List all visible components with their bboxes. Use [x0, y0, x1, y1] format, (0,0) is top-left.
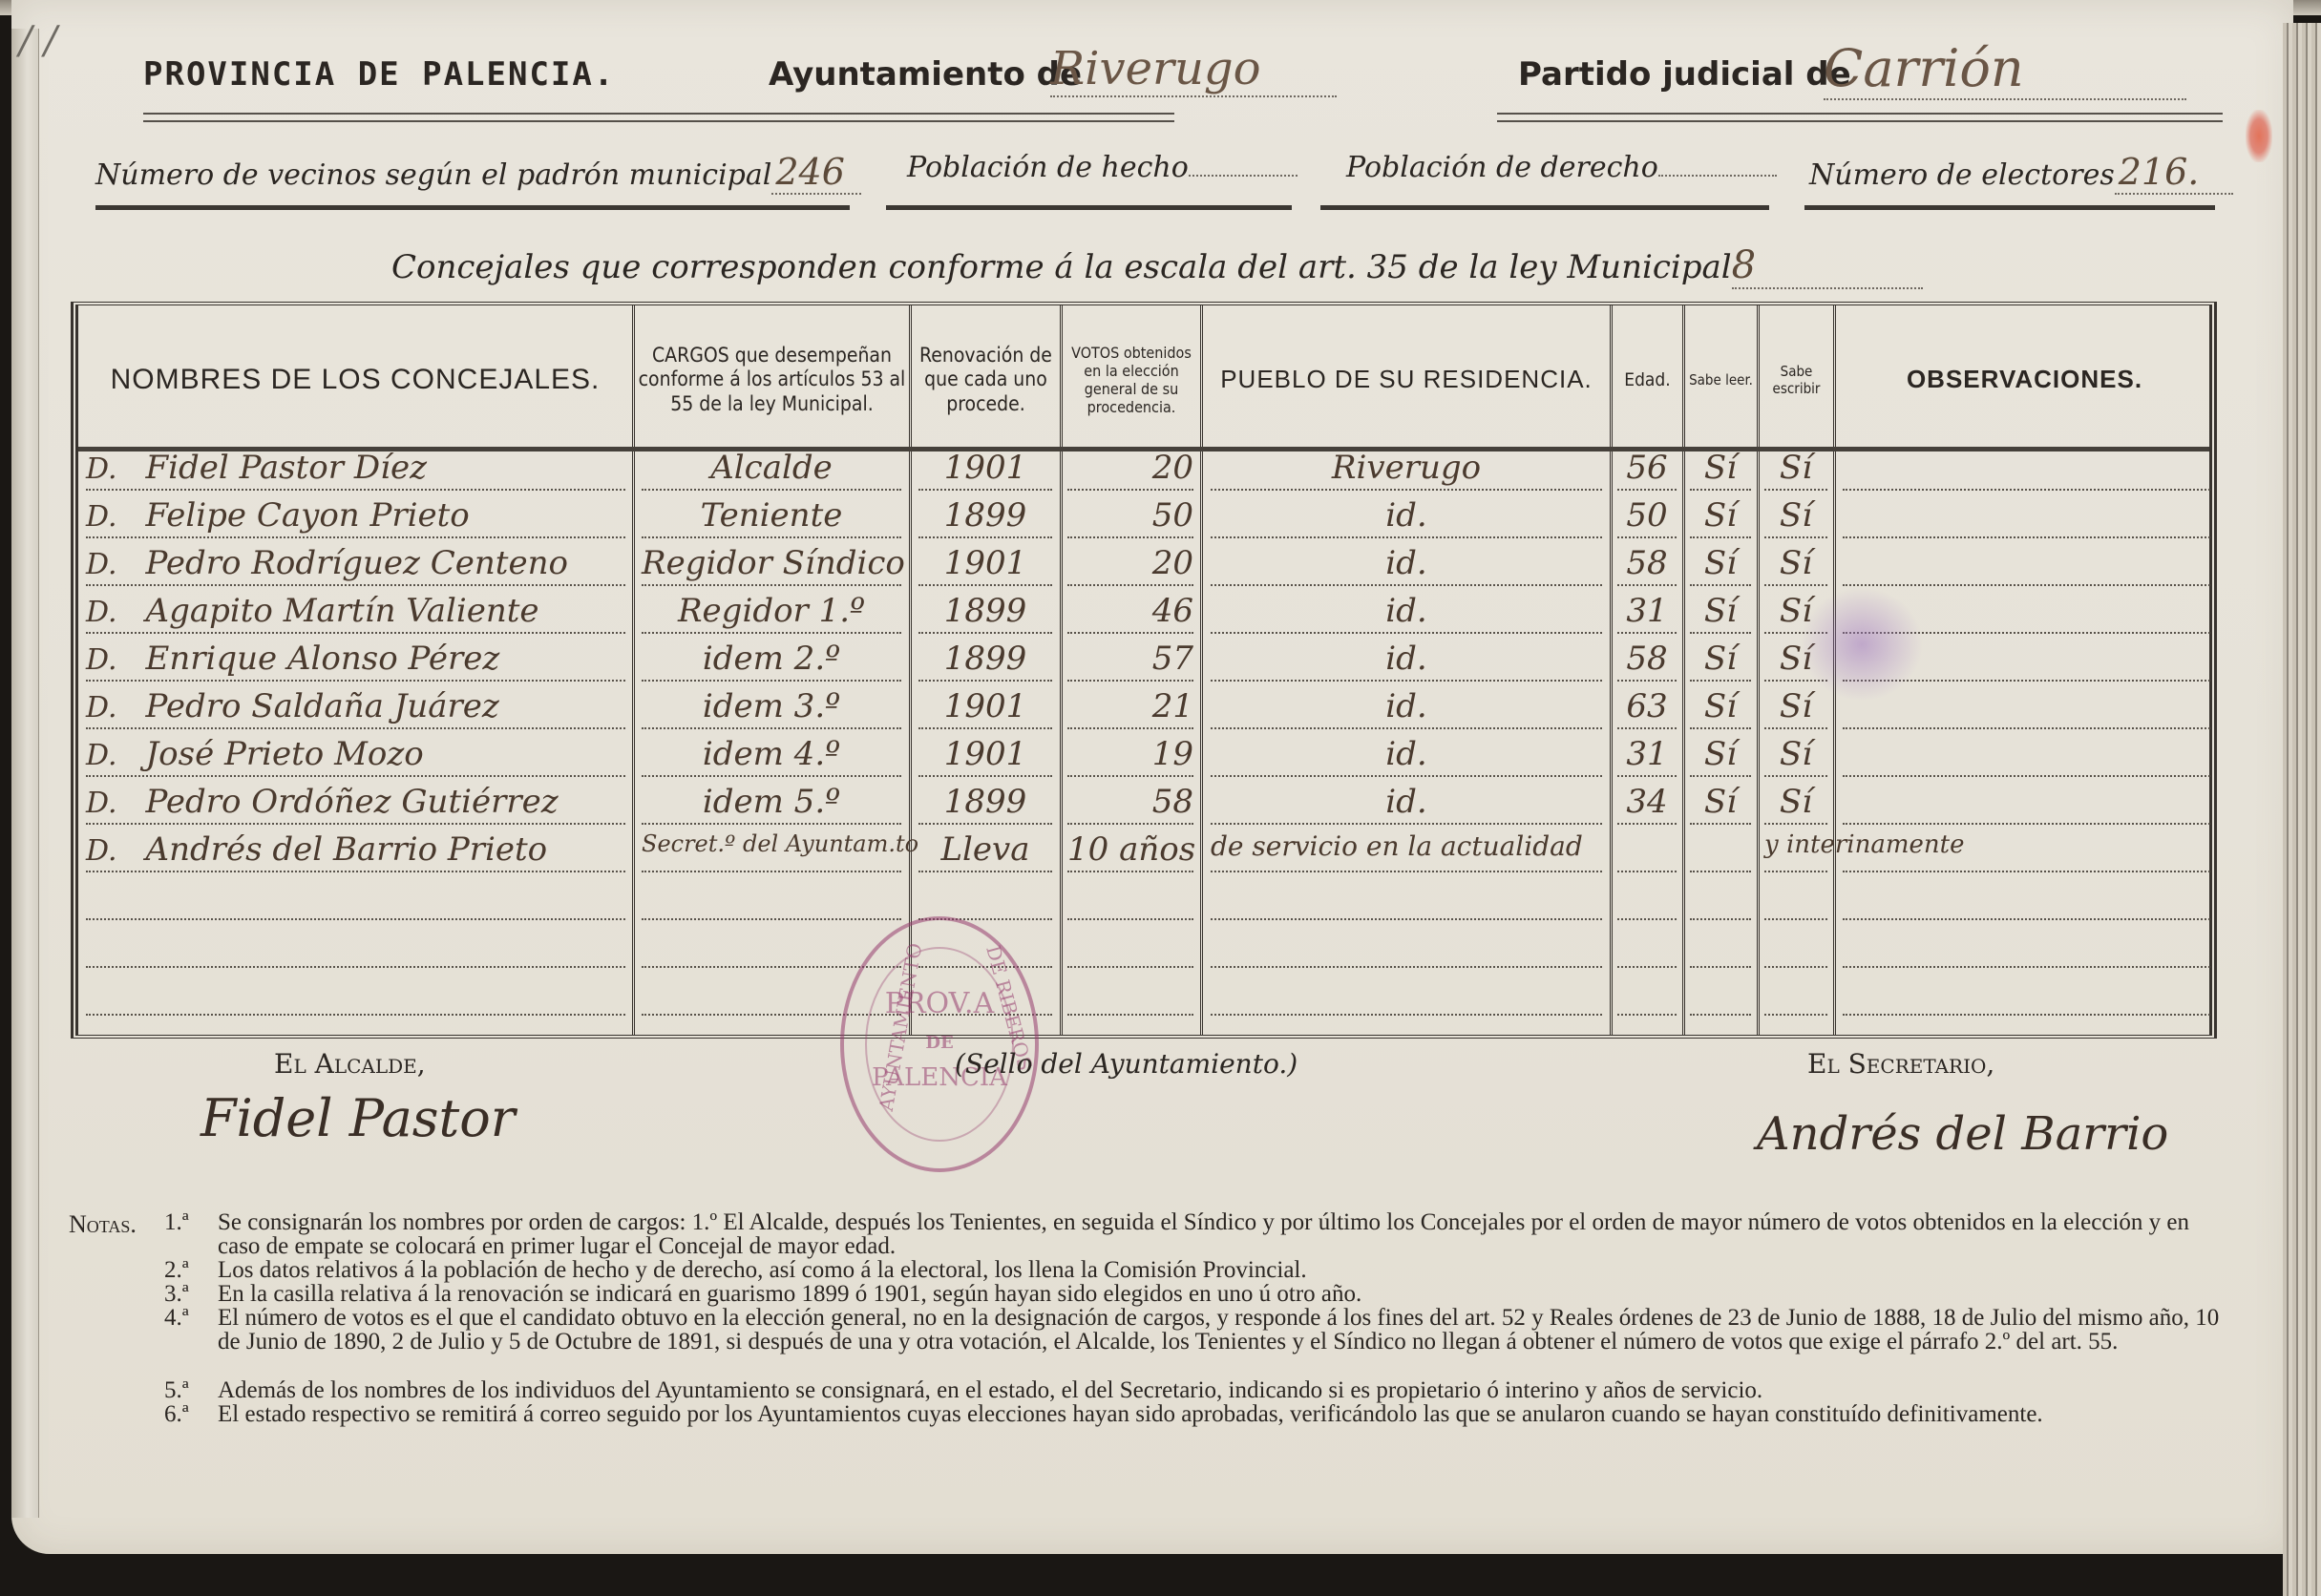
cell-votos: [1067, 974, 1193, 1016]
municipal-seal-stamp: AYUNTAMIENTO DE RIBEROS PROV.A DE PALENC…: [840, 916, 1039, 1172]
cell-cargo: idem 3.º: [642, 687, 901, 729]
alcalde-signature: Fidel Pastor: [200, 1088, 516, 1148]
cell-votos: [1067, 878, 1193, 920]
cell-observaciones: [1843, 974, 2210, 1016]
cell-escribir: Sí: [1764, 687, 1827, 729]
cell-escribir: [1764, 974, 1827, 1016]
cell-edad: [1617, 878, 1677, 920]
note-text: Se consignarán los nombres por orden de …: [218, 1210, 2223, 1258]
cell-cargo: Regidor 1.º: [642, 592, 901, 634]
book-binding-right: [2283, 23, 2321, 1596]
cell-leer: [1690, 878, 1751, 920]
electores-value: 216.: [2115, 151, 2233, 195]
cell-escribir: Sí: [1764, 783, 1827, 825]
cell-cargo: Teniente: [642, 496, 901, 538]
cell-leer: Sí: [1690, 735, 1751, 777]
vecinos-field: Número de vecinos según el padrón munici…: [95, 151, 861, 195]
cell-leer: Sí: [1690, 592, 1751, 634]
cell-cargo: Secret.º del Ayuntam.to: [642, 830, 901, 872]
cell-votos: 20: [1067, 449, 1193, 491]
header-renovacion: Renovación de que cada uno procede.: [912, 313, 1060, 447]
cell-observaciones: [1843, 830, 2210, 872]
cell-pueblo: [1211, 926, 1602, 968]
vecinos-value: 246: [771, 151, 861, 195]
notes-label: Notas.: [69, 1212, 137, 1236]
cell-leer: Sí: [1690, 640, 1751, 682]
table-row: [78, 974, 2209, 1021]
note-number: 2.ª: [164, 1258, 202, 1282]
note-text: En la casilla relativa á la renovación s…: [218, 1282, 2223, 1306]
cell-leer: Sí: [1690, 449, 1751, 491]
cell-renovacion: 1899: [918, 592, 1052, 634]
alcalde-label: El Alcalde,: [274, 1048, 426, 1080]
cell-leer: [1690, 830, 1751, 872]
cell-edad: 58: [1617, 544, 1677, 586]
cell-observaciones: [1843, 783, 2210, 825]
cell-edad: [1617, 830, 1677, 872]
cell-votos: 21: [1067, 687, 1193, 729]
cell-renovacion: 1901: [918, 544, 1052, 586]
table-row: [78, 926, 2209, 974]
info-rule: [1804, 205, 2215, 210]
cell-cargo: [642, 878, 901, 920]
cell-nombre: D.Agapito Martín Valiente: [86, 592, 625, 634]
note-number: 1.ª: [164, 1210, 202, 1234]
title-row: PROVINCIA DE PALENCIA. Ayuntamiento de R…: [143, 55, 2215, 113]
cell-votos: 46: [1067, 592, 1193, 634]
cell-observaciones: [1843, 496, 2210, 538]
note-number: 3.ª: [164, 1282, 202, 1306]
ayuntamiento-label: Ayuntamiento de: [769, 55, 1082, 94]
cell-pueblo: id.: [1211, 592, 1602, 634]
header-sabe-leer: Sabe leer.: [1685, 313, 1757, 447]
cell-nombre: [86, 878, 625, 920]
cell-edad: 56: [1617, 449, 1677, 491]
cell-leer: Sí: [1690, 544, 1751, 586]
cell-escribir: [1764, 878, 1827, 920]
cell-nombre: D.Pedro Saldaña Juárez: [86, 687, 625, 729]
cell-observaciones: [1843, 687, 2210, 729]
note-number: 4.ª: [164, 1306, 202, 1330]
cell-escribir: Sí: [1764, 544, 1827, 586]
cell-pueblo: id.: [1211, 783, 1602, 825]
note-text: Además de los nombres de los individuos …: [218, 1378, 2223, 1402]
table-row: D.Pedro Rodríguez Centeno Regidor Síndic…: [78, 544, 2209, 592]
title-rule: [143, 113, 783, 122]
cell-pueblo: id.: [1211, 544, 1602, 586]
cell-leer: Sí: [1690, 496, 1751, 538]
title-rule: [1497, 113, 2223, 122]
header-nombres: NOMBRES DE LOS CONCEJALES.: [78, 313, 632, 447]
header-sabe-escribir: Sabe escribir: [1760, 313, 1833, 447]
cell-pueblo: [1211, 974, 1602, 1016]
cell-pueblo: id.: [1211, 496, 1602, 538]
cell-leer: Sí: [1690, 783, 1751, 825]
cell-votos: 50: [1067, 496, 1193, 538]
secretario-signature: Andrés del Barrio: [1757, 1107, 2168, 1161]
cell-renovacion: [918, 878, 1052, 920]
cell-pueblo: [1211, 878, 1602, 920]
cell-cargo: idem 2.º: [642, 640, 901, 682]
table-row: D.Pedro Ordóñez Gutiérrez idem 5.º 1899 …: [78, 783, 2209, 830]
cell-escribir: [1764, 926, 1827, 968]
table-row: [78, 878, 2209, 926]
header-edad: Edad.: [1613, 313, 1682, 447]
cell-nombre: D.Fidel Pastor Díez: [86, 449, 625, 491]
cell-edad: 31: [1617, 735, 1677, 777]
subtitle-text: Concejales que corresponden conforme á l…: [391, 248, 1732, 286]
cell-renovacion: 1899: [918, 783, 1052, 825]
cell-pueblo: id.: [1211, 735, 1602, 777]
info-rule: [886, 205, 1292, 210]
poblacion-derecho-field: Población de derecho: [1346, 151, 1777, 184]
cell-cargo: Alcalde: [642, 449, 901, 491]
cell-nombre: D.José Prieto Mozo: [86, 735, 625, 777]
cell-nombre: [86, 926, 625, 968]
book-binding-left: [11, 29, 39, 1518]
note-text: El estado respectivo se remitirá á corre…: [218, 1402, 2223, 1426]
note-text: Los datos relativos á la población de he…: [218, 1258, 2223, 1282]
cell-nombre: D.Pedro Rodríguez Centeno: [86, 544, 625, 586]
cell-edad: 50: [1617, 496, 1677, 538]
cell-escribir: y interinamente: [1764, 830, 1827, 872]
cell-escribir: Sí: [1764, 449, 1827, 491]
header-votos: VOTOS obtenidos en la elección general d…: [1063, 313, 1200, 447]
note-number: 6.ª: [164, 1402, 202, 1426]
cell-votos: 58: [1067, 783, 1193, 825]
cell-edad: 63: [1617, 687, 1677, 729]
table-row: D.Andrés del Barrio Prieto Secret.º del …: [78, 830, 2209, 878]
cell-nombre: D.Pedro Ordóñez Gutiérrez: [86, 783, 625, 825]
cell-nombre: D.Andrés del Barrio Prieto: [86, 830, 625, 872]
subtitle-value: 8: [1732, 243, 1923, 289]
cell-votos: 10 años: [1067, 830, 1193, 872]
cell-observaciones: [1843, 735, 2210, 777]
table-row: D.Felipe Cayon Prieto Teniente 1899 50 i…: [78, 496, 2209, 544]
cell-renovacion: 1899: [918, 640, 1052, 682]
cell-escribir: Sí: [1764, 735, 1827, 777]
info-rule: [95, 205, 850, 210]
info-rule: [1320, 205, 1769, 210]
cell-edad: 58: [1617, 640, 1677, 682]
cell-observaciones: [1843, 544, 2210, 586]
electores-label: Número de electores: [1809, 158, 2115, 192]
cell-pueblo: id.: [1211, 687, 1602, 729]
hecho-label: Población de hecho: [907, 151, 1189, 184]
cell-nombre: [86, 974, 625, 1016]
partido-label: Partido judicial de: [1518, 55, 1851, 94]
cell-edad: 34: [1617, 783, 1677, 825]
note-text: El número de votos es el que el candidat…: [218, 1306, 2223, 1354]
concejales-subtitle: Concejales que corresponden conforme á l…: [391, 243, 1923, 289]
cell-renovacion: 1899: [918, 496, 1052, 538]
cell-observaciones: [1843, 449, 2210, 491]
cell-leer: Sí: [1690, 687, 1751, 729]
partido-value: Carrión: [1824, 38, 2186, 100]
cell-observaciones: [1843, 878, 2210, 920]
header-cargos: CARGOS que desempeñan conforme á los art…: [635, 313, 909, 447]
cell-votos: 19: [1067, 735, 1193, 777]
cell-renovacion: 1901: [918, 735, 1052, 777]
violet-ink-blot: [1800, 587, 1924, 702]
cell-observaciones: [1843, 926, 2210, 968]
info-row: Número de vecinos según el padrón munici…: [95, 151, 2215, 208]
header-observaciones: OBSERVACIONES.: [1836, 313, 2213, 447]
cell-leer: [1690, 974, 1751, 1016]
table-row: D.Fidel Pastor Díez Alcalde 1901 20 Rive…: [78, 449, 2209, 496]
cell-edad: 31: [1617, 592, 1677, 634]
cell-nombre: D.Felipe Cayon Prieto: [86, 496, 625, 538]
ayuntamiento-value: Riverugo: [1050, 42, 1337, 97]
cell-renovacion: 1901: [918, 449, 1052, 491]
derecho-label: Población de derecho: [1346, 151, 1658, 184]
header-pueblo: PUEBLO DE SU RESIDENCIA.: [1203, 313, 1610, 447]
table-row: D.José Prieto Mozo idem 4.º 1901 19 id. …: [78, 735, 2209, 783]
note-item: 1.ª Se consignarán los nombres por orden…: [164, 1210, 2207, 1258]
secretario-label: El Secretario,: [1807, 1048, 1994, 1080]
cell-votos: [1067, 926, 1193, 968]
provincia-title: PROVINCIA DE PALENCIA.: [143, 55, 615, 94]
cell-pueblo: de servicio en la actualidad: [1211, 830, 1602, 872]
derecho-value: [1658, 175, 1777, 177]
title-rule: [754, 113, 1174, 122]
cell-renovacion: 1901: [918, 687, 1052, 729]
cell-votos: 57: [1067, 640, 1193, 682]
cell-pueblo: Riverugo: [1211, 449, 1602, 491]
note-number: 5.ª: [164, 1378, 202, 1402]
hecho-value: [1189, 175, 1298, 177]
cell-edad: [1617, 926, 1677, 968]
cell-escribir: Sí: [1764, 496, 1827, 538]
cell-cargo: idem 4.º: [642, 735, 901, 777]
vecinos-label: Número de vecinos según el padrón munici…: [95, 158, 771, 192]
sello-label: (Sello del Ayuntamiento.): [955, 1048, 1298, 1080]
cell-cargo: idem 5.º: [642, 783, 901, 825]
cell-pueblo: id.: [1211, 640, 1602, 682]
margin-mark: / /: [19, 19, 57, 63]
electores-field: Número de electores216.: [1809, 151, 2233, 195]
cell-edad: [1617, 974, 1677, 1016]
cell-nombre: D.Enrique Alonso Pérez: [86, 640, 625, 682]
cell-votos: 20: [1067, 544, 1193, 586]
cell-cargo: Regidor Síndico: [642, 544, 901, 586]
stamp-center-prov: PROV.A: [844, 987, 1035, 1020]
cell-renovacion: Lleva: [918, 830, 1052, 872]
poblacion-hecho-field: Población de hecho: [907, 151, 1298, 184]
red-ink-stain: [2246, 110, 2272, 162]
cell-leer: [1690, 926, 1751, 968]
